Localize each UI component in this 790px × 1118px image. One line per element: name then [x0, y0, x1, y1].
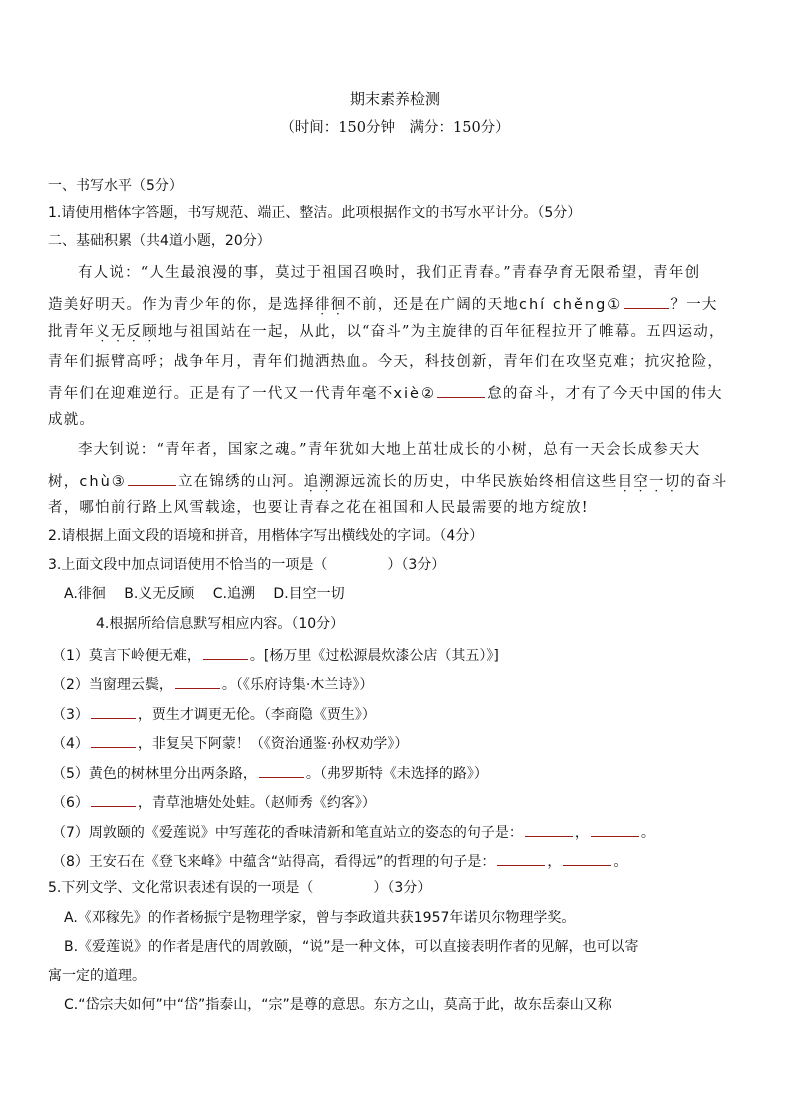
recite-item-6: （6），青草池塘处处蛙。（赵师秀《约客》） [52, 790, 376, 813]
passage-line: 批青年义无反顾地与祖国站在一起，从此，以“奋斗”为主旋律的百年征程拉开了帷幕。五… [48, 322, 725, 342]
recite-item-8: （8）王安石在《登飞来峰》中蕴含“站得高，看得远”的哲理的句子是：，。 [52, 849, 627, 872]
recite-blank[interactable] [525, 820, 573, 837]
recite-item-3: （3），贾生才调更无伦。（李商隐《贾生》） [52, 702, 376, 725]
section-2-heading: 二、基础积累（共4道小题，20分） [48, 231, 271, 251]
page-title: 期末素养检测 [0, 88, 790, 109]
exam-page: 期末素养检测 （时间：150分钟 满分：150分） 一、书写水平（5分） 1.请… [0, 0, 790, 1118]
recite-blank[interactable] [591, 820, 639, 837]
exam-meta: （时间：150分钟 满分：150分） [0, 116, 790, 137]
recite-item-5: （5）黄色的树林里分出两条路，。（弗罗斯特《未选择的路》） [52, 761, 488, 784]
emphasized-word: 追溯 [304, 474, 335, 490]
recite-item-2: （2）当窗理云鬓，。（《乐府诗集·木兰诗》） [52, 672, 373, 695]
question-1: 1.请使用楷体字答题，书写规范、端正、整洁。此项根据作文的书写水平计分。（5分） [48, 203, 581, 223]
section-1-heading: 一、书写水平（5分） [48, 176, 183, 196]
passage-line: 树，chù③立在锦绣的山河。追溯源远流长的历史，中华民族始终相信这些目空一切的奋… [48, 469, 728, 492]
passage-line: 造美好明天。作为青少年的你，是选择徘徊不前，还是在广阔的天地chí chěng①… [48, 292, 718, 315]
recite-blank[interactable] [497, 849, 545, 866]
passage-line: 李大钊说：“青年者，国家之魂。”青年犹如大地上茁壮成长的小树，总有一天会长成参天… [78, 440, 700, 460]
question-2: 2.请根据上面文段的语境和拼音，用楷体字写出横线处的字词。（4分） [48, 526, 483, 546]
recite-blank[interactable] [91, 731, 136, 748]
emphasized-word: 义无反顾 [95, 324, 158, 340]
question-3: 3.上面文段中加点词语使用不恰当的一项是（）（3分） [48, 555, 445, 575]
passage-line: 有人说：“人生最浪漫的事，莫过于祖国召唤时，我们正青春。”青春孕育无限希望，青年… [78, 263, 700, 283]
recite-item-4: （4），非复吴下阿蒙！（《资治通鉴·孙权劝学》） [52, 731, 408, 754]
recite-item-1: （1）莫言下岭便无难，。[杨万里《过松源晨炊漆公店（其五）》] [52, 643, 499, 666]
answer-blank-1[interactable] [624, 292, 669, 309]
pinyin: xiè [393, 386, 421, 402]
recite-blank[interactable] [91, 702, 136, 719]
emphasized-word: 目空一切 [618, 474, 681, 490]
pinyin: chù [79, 474, 111, 490]
answer-blank-2[interactable] [437, 381, 485, 398]
recite-blank[interactable] [563, 849, 611, 866]
passage-line: 青年们在迎难逆行。正是有了一代又一代青年毫不xiè②怠的奋斗，才有了今天中国的伟… [48, 381, 723, 404]
recite-blank[interactable] [175, 672, 220, 689]
question-3-options: A.徘徊 B.义无反顾 C.追溯 D.目空一切 [64, 584, 345, 604]
question-5: 5.下列文学、文化常识表述有误的一项是（）（3分） [48, 878, 431, 898]
question-4: 4.根据所给信息默写相应内容。（10分） [96, 614, 344, 634]
question-5-option-a: A.《邓稼先》的作者杨振宁是物理学家，曾与李政道共获1957年诺贝尔物理学奖。 [64, 908, 575, 928]
answer-blank-3[interactable] [128, 469, 176, 486]
recite-blank[interactable] [203, 643, 248, 660]
recite-blank[interactable] [91, 790, 136, 807]
question-5-option-b: B.《爱莲说》的作者是唐代的周敦颐，“说”是一种文体，可以直接表明作者的见解，也… [64, 937, 639, 957]
recite-blank[interactable] [259, 761, 304, 778]
question-5-option-b-cont: 寓一定的道理。 [48, 966, 146, 986]
passage-line: 成就。 [48, 410, 95, 430]
recite-item-7: （7）周敦颐的《爱莲说》中写莲花的香味清新和笔直站立的姿态的句子是：，。 [52, 820, 655, 843]
pinyin: chí chěng [519, 297, 607, 313]
passage-line: 者，哪怕前行路上风雪载途，也要让青春之花在祖国和人民最需要的地方绽放! [48, 498, 589, 518]
question-5-option-c: C.“岱宗夫如何”中“岱”指泰山，“宗”是尊的意思。东方之山，莫高于此，故东岳泰… [64, 995, 612, 1015]
passage-line: 青年们振臂高呼；战争年月，青年们抛洒热血。今天，科技创新，青年们在攻坚克难；抗灾… [48, 352, 723, 372]
emphasized-word: 徘徊 [315, 297, 346, 313]
